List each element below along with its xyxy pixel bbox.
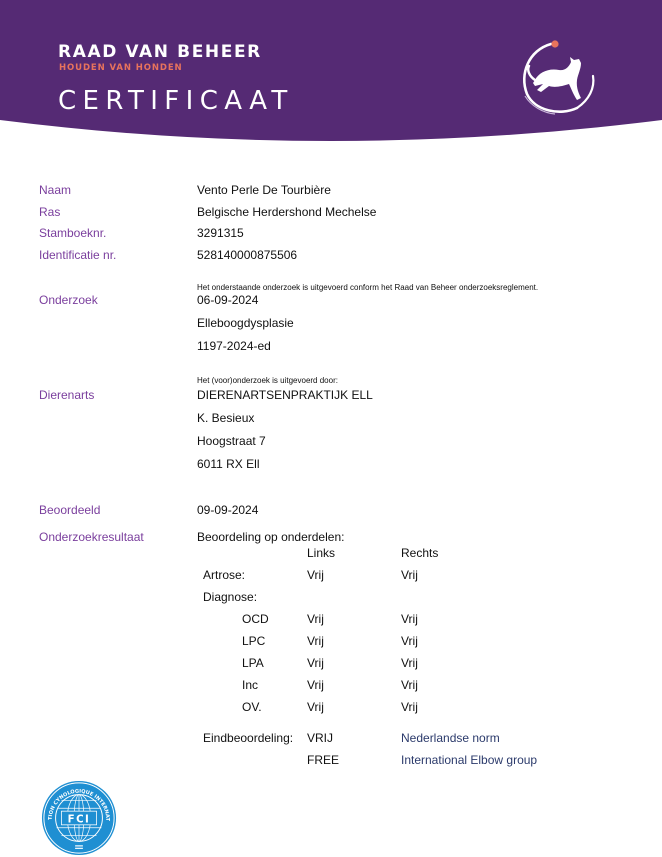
registry-number: 3291315	[197, 226, 244, 240]
certificate-header: RAAD VAN BEHEER HOUDEN VAN HONDEN CERTIF…	[0, 0, 662, 150]
result-label: Onderzoekresultaat	[39, 530, 144, 544]
diagnosis-label: OCD	[242, 612, 269, 626]
diagnosis-right: Vrij	[401, 634, 418, 648]
dog-name: Vento Perle De Tourbière	[197, 183, 331, 197]
diagnosis-label: OV.	[242, 700, 262, 714]
vet-city: 6011 RX Ell	[197, 457, 259, 471]
result-intro: Beoordeling op onderdelen:	[197, 530, 344, 544]
vet-note: Het (voor)onderzoek is uitgevoerd door:	[197, 376, 338, 385]
col-right-header: Rechts	[401, 546, 438, 560]
final-grade-nl: VRIJ	[307, 731, 333, 745]
arthrosis-label: Artrose:	[203, 568, 245, 582]
brand-name: RAAD VAN BEHEER	[58, 42, 262, 62]
vet-practice: DIERENARTSENPRAKTIJK ELL	[197, 388, 373, 402]
diagnosis-label: Diagnose:	[203, 590, 257, 604]
diagnosis-left: Vrij	[307, 656, 324, 670]
examination-reference: 1197-2024-ed	[197, 339, 271, 353]
arthrosis-right: Vrij	[401, 568, 418, 582]
certificate-title: CERTIFICAAT	[58, 86, 294, 116]
dog-breed: Belgische Herdershond Mechelse	[197, 205, 376, 219]
breed-label: Ras	[39, 205, 60, 219]
vet-label: Dierenarts	[39, 388, 94, 402]
id-label: Identificatie nr.	[39, 248, 116, 262]
diagnosis-label: LPA	[242, 656, 264, 670]
final-grade-int: FREE	[307, 753, 339, 767]
assessment-date: 09-09-2024	[197, 503, 258, 517]
examination-date: 06-09-2024	[197, 293, 258, 307]
diagnosis-left: Vrij	[307, 678, 324, 692]
diagnosis-right: Vrij	[401, 612, 418, 626]
brand-tagline: HOUDEN VAN HONDEN	[59, 63, 183, 73]
diagnosis-left: Vrij	[307, 634, 324, 648]
diagnosis-right: Vrij	[401, 678, 418, 692]
examination-label: Onderzoek	[39, 293, 98, 307]
diagnosis-right: Vrij	[401, 700, 418, 714]
diagnosis-label: Inc	[242, 678, 258, 692]
col-left-header: Links	[307, 546, 335, 560]
diagnosis-label: LPC	[242, 634, 265, 648]
svg-text:FCI: FCI	[68, 814, 91, 825]
diagnosis-left: Vrij	[307, 700, 324, 714]
final-standard-int: International Elbow group	[401, 753, 537, 767]
examination-type: Elleboogdysplasie	[197, 316, 294, 330]
id-number: 528140000875506	[197, 248, 297, 262]
arthrosis-left: Vrij	[307, 568, 324, 582]
diagnosis-left: Vrij	[307, 612, 324, 626]
registry-label: Stamboeknr.	[39, 226, 106, 240]
final-standard-nl: Nederlandse norm	[401, 731, 500, 745]
assessment-label: Beoordeeld	[39, 503, 100, 517]
vet-street: Hoogstraat 7	[197, 434, 266, 448]
fci-globe-icon: FCI FEDERATION CYNOLOGIQUE INTERNATIONAL…	[40, 779, 118, 857]
jumping-dog-icon	[515, 36, 600, 116]
final-label: Eindbeoordeling:	[203, 731, 293, 745]
name-label: Naam	[39, 183, 71, 197]
diagnosis-right: Vrij	[401, 656, 418, 670]
examination-note: Het onderstaande onderzoek is uitgevoerd…	[197, 283, 538, 292]
vet-name: K. Besieux	[197, 411, 254, 425]
